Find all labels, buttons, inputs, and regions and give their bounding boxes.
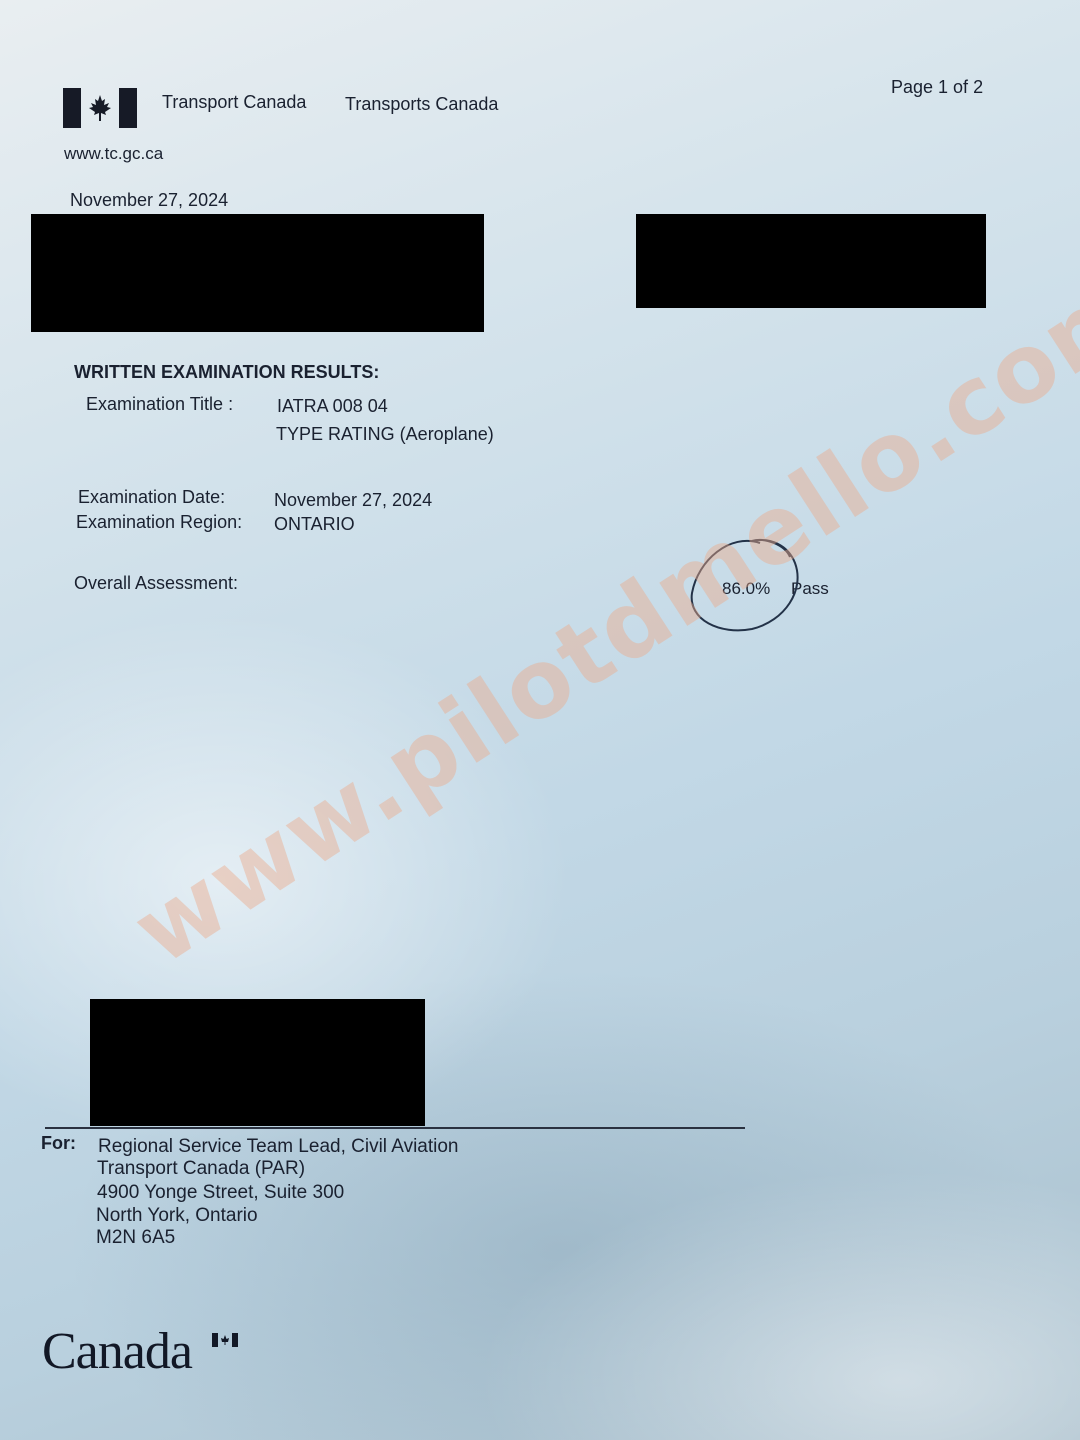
hand-drawn-circle <box>690 535 802 635</box>
address-line-1: Regional Service Team Lead, Civil Aviati… <box>98 1136 459 1158</box>
department-name-fr: Transports Canada <box>345 94 498 115</box>
department-name-en: Transport Canada <box>162 92 306 113</box>
address-line-3: 4900 Yonge Street, Suite 300 <box>97 1182 344 1204</box>
exam-title-code: IATRA 008 04 <box>277 396 388 417</box>
exam-title-name: TYPE RATING (Aeroplane) <box>276 424 494 445</box>
overall-assessment-label: Overall Assessment: <box>74 573 238 594</box>
signature-line <box>45 1127 745 1129</box>
results-heading: WRITTEN EXAMINATION RESULTS: <box>74 362 379 383</box>
redacted-reference-block <box>636 214 986 308</box>
for-label: For: <box>41 1133 76 1154</box>
exam-region-label: Examination Region: <box>76 512 242 533</box>
exam-title-label: Examination Title : <box>86 394 233 415</box>
maple-leaf-icon <box>85 93 115 123</box>
address-line-4: North York, Ontario <box>96 1205 258 1227</box>
redacted-recipient-block <box>31 214 484 332</box>
exam-date-label: Examination Date: <box>78 487 225 508</box>
address-line-2: Transport Canada (PAR) <box>97 1158 305 1180</box>
redacted-signature-block <box>90 999 425 1126</box>
address-line-5: M2N 6A5 <box>96 1227 175 1249</box>
exam-region-value: ONTARIO <box>274 514 355 535</box>
wordmark-text: Canada <box>42 1323 192 1380</box>
canada-flag-icon <box>63 88 137 128</box>
website-link: www.tc.gc.ca <box>64 144 163 164</box>
letter-date: November 27, 2024 <box>70 190 228 211</box>
canada-wordmark: Canada <box>42 1322 192 1381</box>
exam-date-value: November 27, 2024 <box>274 490 432 511</box>
wordmark-flag-icon <box>212 1333 238 1347</box>
page-indicator: Page 1 of 2 <box>891 77 983 98</box>
